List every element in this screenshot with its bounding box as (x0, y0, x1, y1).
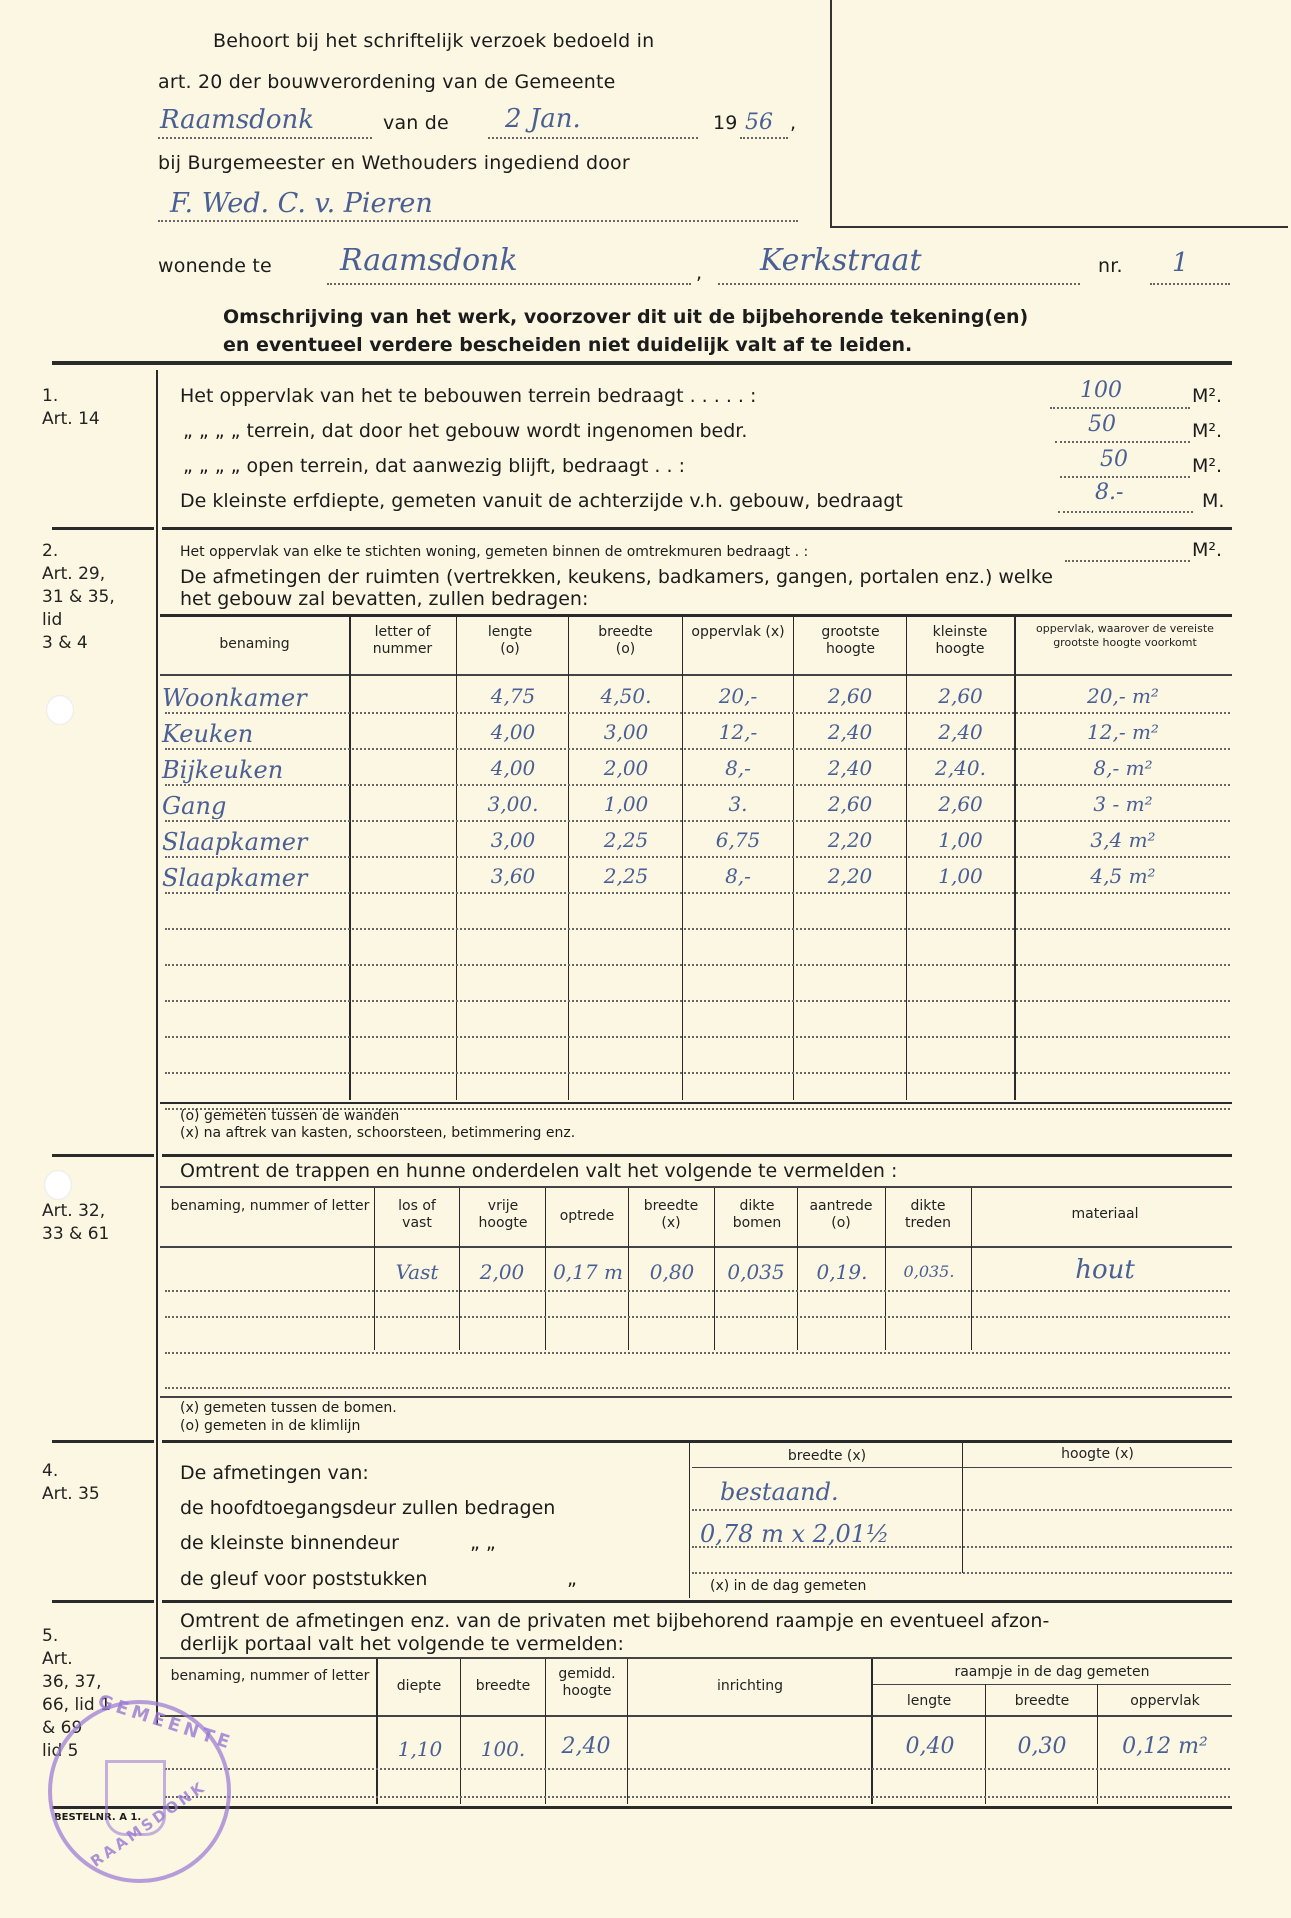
year-prefix: 19 (713, 112, 738, 134)
s4-col-breedte: breedte (x) (692, 1448, 962, 1465)
s1-row-4-unit: M. (1202, 490, 1224, 512)
s4-row-2-breedte[interactable]: 0,78 m x 2,01½ (700, 1520, 889, 1548)
s1-row-3-label: „ „ „ „ open terrein, dat aanwezig blijf… (183, 455, 685, 477)
stamp-coat-of-arms-icon (105, 1760, 166, 1836)
s2-col-kleinste: kleinste hoogte (920, 624, 1000, 658)
s3-vrije-hoogte[interactable]: 2,00 (462, 1260, 542, 1284)
section1-number: 1. (42, 385, 100, 408)
s1-row-1-label: Het oppervlak van het te bebouwen terrei… (180, 385, 756, 407)
s3-table-top (160, 1186, 1232, 1188)
address-comma: , (696, 262, 702, 284)
s5-col-oppervlak: oppervlak (1099, 1693, 1231, 1710)
street-underline (718, 283, 1080, 285)
header-line-2: art. 20 der bouwverordening van de Gemee… (158, 71, 616, 93)
s5-col-breedte: breedte (462, 1678, 544, 1695)
s2-col-lengte: lengte (o) (480, 624, 540, 658)
s2-col-line (793, 616, 794, 1100)
s2-col-line (349, 616, 351, 1100)
s2-cell-grootste[interactable]: 2,60 (795, 792, 905, 816)
section1-divider (162, 527, 1232, 530)
s3-col-benaming: benaming, nummer of letter (170, 1198, 370, 1215)
section4-divider (162, 1600, 1232, 1603)
s2-cell-grootste[interactable]: 2,60 (795, 684, 905, 708)
s3-dikte-bomen[interactable]: 0,035 (716, 1260, 796, 1284)
s3-footnote-x: (x) gemeten tussen de bomen. (180, 1400, 397, 1416)
header-line-1: Behoort bij het schriftelijk verzoek bed… (213, 30, 654, 52)
s3-col-aantrede: aantrede (o) (800, 1198, 882, 1232)
s2-cell-oppervlak[interactable]: 8,- (684, 756, 792, 780)
s2-cell-opp_hoogte[interactable]: 12,- m² (1016, 720, 1230, 744)
year-underline (740, 137, 788, 139)
s2-cell-lengte[interactable]: 4,00 (458, 720, 568, 744)
s5-col-inrichting: inrichting (630, 1678, 870, 1695)
gutter-separator (156, 370, 158, 1725)
s5-col-line (460, 1659, 461, 1804)
s2-cell-breedte[interactable]: 2,25 (570, 864, 682, 888)
s3-col-vrije-hoogte: vrije hoogte (468, 1198, 538, 1232)
s3-col-dikte-treden: dikte treden (892, 1198, 964, 1232)
applicant-underline (158, 220, 798, 222)
s4-row-2-ditto: „ „ (470, 1532, 496, 1554)
section5-article-1: Art. (42, 1648, 111, 1671)
s5-col-line (1097, 1684, 1098, 1804)
s5-table-top (160, 1657, 1232, 1659)
s5-raampje-header: raampje in de dag gemeten (873, 1664, 1231, 1681)
s2-cell-kleinste[interactable]: 1,00 (908, 864, 1013, 888)
s2-cell-oppervlak[interactable]: 20,- (684, 684, 792, 708)
s1-row-4-underline (1058, 511, 1193, 513)
section2-article-2: 31 & 35, (42, 586, 115, 609)
section2-article-4: 3 & 4 (42, 632, 115, 655)
s5-intro-2: derlijk portaal valt het volgende te ver… (180, 1633, 624, 1655)
s2-col-line (682, 616, 683, 1100)
section4-number: 4. (42, 1460, 100, 1483)
s2-intro-2: het gebouw zal bevatten, zullen bedragen… (180, 588, 588, 610)
s2-table-top (160, 614, 1232, 617)
section2-article-1: Art. 29, (42, 563, 115, 586)
s3-col-optrede: optrede (548, 1208, 626, 1225)
s3-col-dikte-bomen: dikte bomen (722, 1198, 792, 1232)
date-underline (488, 137, 698, 139)
s2-cell-breedte[interactable]: 1,00 (570, 792, 682, 816)
s5-header-bottom (160, 1715, 1232, 1717)
s1-row-1-underline (1050, 407, 1190, 409)
office-use-box (830, 0, 1288, 228)
s2-cell-kleinste[interactable]: 2,40. (908, 756, 1013, 780)
s3-row-3-line (165, 1352, 1230, 1354)
van-de-label: van de (383, 112, 449, 134)
s4-row-1-label: de hoofdtoegangsdeur zullen bedragen (180, 1497, 555, 1519)
s5-col-diepte: diepte (378, 1678, 460, 1695)
s2-cell-breedte[interactable]: 2,00 (570, 756, 682, 780)
s2-col-breedte: breedte (o) (588, 624, 663, 658)
date-field[interactable]: 2 Jan. (505, 104, 581, 134)
s4-footnote: (x) in de dag gemeten (710, 1578, 866, 1594)
s2-col-opp-hoogte: oppervlak, waarover de vereiste grootste… (1020, 622, 1230, 650)
s2-cell-kleinste[interactable]: 2,60 (908, 684, 1013, 708)
s2-cell-kleinste[interactable]: 1,00 (908, 828, 1013, 852)
s3-col-materiaal: materiaal (980, 1206, 1230, 1223)
section2-divider-left (52, 1154, 154, 1157)
s2-col-line (568, 616, 569, 1100)
s2-woning-label: Het oppervlak van elke te stichten wonin… (180, 544, 808, 560)
nr-label: nr. (1098, 255, 1123, 277)
s3-col-line (374, 1188, 375, 1350)
s2-cell-kleinste[interactable]: 2,60 (908, 792, 1013, 816)
header-comma: , (790, 112, 796, 134)
s2-col-letter: letter of nummer (365, 624, 440, 658)
s2-header-bottom (160, 674, 1232, 676)
s5-lengte[interactable]: 0,40 (875, 1734, 985, 1759)
s1-row-2-value[interactable]: 50 (1088, 412, 1116, 437)
s1-row-2-underline (1055, 441, 1190, 443)
s2-cell-oppervlak[interactable]: 12,- (684, 720, 792, 744)
s2-cell-grootste[interactable]: 2,40 (795, 756, 905, 780)
s2-intro-1: De afmetingen der ruimten (vertrekken, k… (180, 566, 1053, 588)
s4-col-hoogte: hoogte (x) (965, 1446, 1230, 1463)
s2-cell-benaming[interactable]: Slaapkamer (162, 864, 347, 892)
s2-row-line (165, 1036, 1230, 1038)
s5-row-1-line (165, 1768, 1230, 1770)
s2-cell-benaming[interactable]: Bijkeuken (162, 756, 347, 784)
s5-col-benaming: benaming, nummer of letter (170, 1668, 370, 1685)
s2-table-bottom (160, 1102, 1232, 1104)
s4-row-3-label: de gleuf voor poststukken (180, 1568, 427, 1590)
s4-intro: De afmetingen van: (180, 1462, 369, 1484)
s4-table-left (689, 1443, 690, 1598)
section2-number: 2. (42, 540, 115, 563)
s5-hoogte[interactable]: 2,40 (546, 1734, 626, 1759)
house-number-field[interactable]: 1 (1172, 248, 1189, 278)
s3-breedte[interactable]: 0,80 (630, 1260, 714, 1284)
s4-header-bottom (692, 1467, 1232, 1468)
s4-row-3-ditto: „ (567, 1568, 577, 1590)
s5-col-line (985, 1684, 986, 1804)
s2-cell-lengte[interactable]: 4,75 (458, 684, 568, 708)
residence-field[interactable]: Raamsdonk (340, 243, 518, 278)
s2-row-line (165, 928, 1230, 930)
section4-label: 4. Art. 35 (42, 1460, 100, 1506)
s3-col-los-vast: los of vast (382, 1198, 452, 1232)
s1-row-2-label: „ „ „ „ terrein, dat door het gebouw wor… (183, 420, 747, 442)
section1-divider-left (52, 527, 154, 530)
section5-number: 5. (42, 1625, 111, 1648)
residence-underline (327, 283, 691, 285)
s2-cell-benaming[interactable]: Keuken (162, 720, 347, 748)
s2-cell-opp_hoogte[interactable]: 3 - m² (1016, 792, 1230, 816)
municipality-underline (158, 137, 372, 139)
s2-row-line (165, 892, 1230, 894)
s2-cell-benaming[interactable]: Gang (162, 792, 347, 820)
punch-hole (46, 695, 74, 725)
s4-row-2-label: de kleinste binnendeur (180, 1532, 399, 1554)
s5-intro-1: Omtrent de afmetingen enz. van de privat… (180, 1610, 1049, 1632)
s3-row-1-line (165, 1290, 1230, 1292)
s5-col-hoogte: gemidd. hoogte (550, 1666, 624, 1700)
s3-col-line (545, 1188, 546, 1350)
s2-cell-lengte[interactable]: 3,60 (458, 864, 568, 888)
s2-cell-opp_hoogte[interactable]: 4,5 m² (1016, 864, 1230, 888)
punch-hole (44, 1170, 72, 1200)
section1-article: Art. 14 (42, 408, 100, 431)
section3-article-1: Art. 32, (42, 1200, 109, 1223)
s1-row-2-unit: M². (1192, 420, 1222, 442)
s2-footnote-o: (o) gemeten tussen de wanden (180, 1108, 399, 1124)
s3-col-line (714, 1188, 715, 1350)
s5-r-breedte[interactable]: 0,30 (987, 1734, 1097, 1759)
s5-oppervlak[interactable]: 0,12 m² (1099, 1734, 1231, 1759)
s2-row-line (165, 856, 1230, 858)
s3-optrede[interactable]: 0,17 m (548, 1260, 628, 1284)
s2-cell-opp_hoogte[interactable]: 8,- m² (1016, 756, 1230, 780)
section3-article-2: 33 & 61 (42, 1223, 109, 1246)
section2-article-3: lid (42, 609, 115, 632)
header-line-4: bij Burgemeester en Wethouders ingediend… (158, 152, 630, 174)
s2-row-line (165, 712, 1230, 714)
s2-cell-kleinste[interactable]: 2,40 (908, 720, 1013, 744)
municipality-field[interactable]: Raamsdonk (160, 105, 314, 135)
s2-col-grootste: grootste hoogte (808, 624, 893, 658)
s2-row-line (165, 1000, 1230, 1002)
s2-row-line (165, 820, 1230, 822)
s2-cell-oppervlak[interactable]: 8,- (684, 864, 792, 888)
s2-col-line (906, 616, 907, 1100)
s5-diepte[interactable]: 1,10 (380, 1737, 460, 1761)
s5-raampje-divider (873, 1684, 1231, 1685)
s2-cell-benaming[interactable]: Slaapkamer (162, 828, 347, 856)
s1-row-3-value[interactable]: 50 (1100, 447, 1128, 472)
section3-divider (162, 1440, 1232, 1443)
section1-label: 1. Art. 14 (42, 385, 100, 431)
s2-cell-opp_hoogte[interactable]: 3,4 m² (1016, 828, 1230, 852)
s4-row-1-breedte[interactable]: bestaand. (720, 1478, 839, 1506)
s2-col-oppervlak: oppervlak (x) (684, 624, 792, 641)
s2-row-line (165, 748, 1230, 750)
s2-row-line (165, 964, 1230, 966)
s2-cell-oppervlak[interactable]: 6,75 (684, 828, 792, 852)
s2-cell-breedte[interactable]: 3,00 (570, 720, 682, 744)
s2-cell-lengte[interactable]: 3,00 (458, 828, 568, 852)
section4-article: Art. 35 (42, 1483, 100, 1506)
s3-materiaal[interactable]: hout (980, 1255, 1230, 1285)
s4-row-2-line (692, 1546, 1232, 1548)
s3-los-vast[interactable]: Vast (378, 1260, 456, 1284)
s5-breedte[interactable]: 100. (462, 1737, 544, 1761)
intro-line-1: Omschrijving van het werk, voorzover dit… (223, 306, 1028, 328)
s3-footnote-o: (o) gemeten in de klimlijn (180, 1418, 360, 1434)
s2-cell-opp_hoogte[interactable]: 20,- m² (1016, 684, 1230, 708)
s2-cell-oppervlak[interactable]: 3. (684, 792, 792, 816)
s5-col-line (545, 1659, 546, 1804)
s5-col-r-breedte: breedte (987, 1693, 1097, 1710)
s1-row-3-underline (1060, 476, 1190, 478)
s2-col-benaming: benaming (160, 636, 349, 653)
s3-col-line (628, 1188, 629, 1350)
section3-divider-left (52, 1440, 154, 1443)
s5-row-2-line (165, 1796, 1230, 1798)
s3-col-line (971, 1188, 972, 1350)
s3-aantrede[interactable]: 0,19. (800, 1260, 884, 1284)
s2-cell-breedte[interactable]: 2,25 (570, 828, 682, 852)
s2-woning-unit: M². (1192, 539, 1222, 561)
section2-divider (162, 1154, 1232, 1157)
s3-row-4-line (165, 1387, 1230, 1389)
s2-cell-grootste[interactable]: 2,20 (795, 828, 905, 852)
s1-row-1-value[interactable]: 100 (1080, 378, 1122, 403)
year-field[interactable]: 56 (745, 110, 773, 135)
s3-col-line (459, 1188, 460, 1350)
section3-label: Art. 32, 33 & 61 (42, 1200, 109, 1246)
s2-row-line (165, 1072, 1230, 1074)
s3-table-bottom (160, 1396, 1232, 1398)
s4-row-1-line (692, 1509, 1232, 1511)
applicant-field[interactable]: F. Wed. C. v. Pieren (170, 188, 433, 219)
s1-row-4-value[interactable]: 8.- (1095, 480, 1123, 505)
s1-row-4-label: De kleinste erfdiepte, gemeten vanuit de… (180, 490, 903, 512)
s1-row-1-unit: M². (1192, 385, 1222, 407)
s2-cell-lengte[interactable]: 3,00. (458, 792, 568, 816)
s2-cell-breedte[interactable]: 4,50. (570, 684, 682, 708)
s2-woning-underline (1065, 560, 1190, 562)
s3-col-line (885, 1188, 886, 1350)
s2-cell-grootste[interactable]: 2,40 (795, 720, 905, 744)
house-number-underline (1150, 283, 1230, 285)
s4-row-3-line (692, 1572, 1232, 1574)
s3-dikte-treden[interactable]: 0,035. (888, 1262, 970, 1281)
intro-line-2: en eventueel verdere bescheiden niet dui… (223, 334, 912, 356)
s2-footnote-x: (x) na aftrek van kasten, schoorsteen, b… (180, 1125, 575, 1141)
s1-row-3-unit: M². (1192, 455, 1222, 477)
s2-cell-grootste[interactable]: 2,20 (795, 864, 905, 888)
section4-divider-left (52, 1600, 154, 1603)
s3-row-2-line (165, 1316, 1230, 1318)
s3-header-bottom (160, 1246, 1232, 1248)
s4-table-mid (962, 1443, 963, 1573)
section2-label: 2. Art. 29, 31 & 35, lid 3 & 4 (42, 540, 115, 655)
s3-col-breedte: breedte (x) (636, 1198, 706, 1232)
s5-col-line (627, 1659, 628, 1804)
s3-col-line (797, 1188, 798, 1350)
s3-intro: Omtrent de trappen en hunne onderdelen v… (180, 1160, 897, 1182)
top-thick-rule (52, 361, 1232, 365)
wonende-label: wonende te (158, 255, 272, 277)
s2-cell-lengte[interactable]: 4,00 (458, 756, 568, 780)
s2-col-line (456, 616, 457, 1100)
s2-cell-benaming[interactable]: Woonkamer (162, 684, 347, 712)
s2-row-line (165, 784, 1230, 786)
street-field[interactable]: Kerkstraat (760, 243, 922, 278)
s5-col-lengte: lengte (873, 1693, 985, 1710)
